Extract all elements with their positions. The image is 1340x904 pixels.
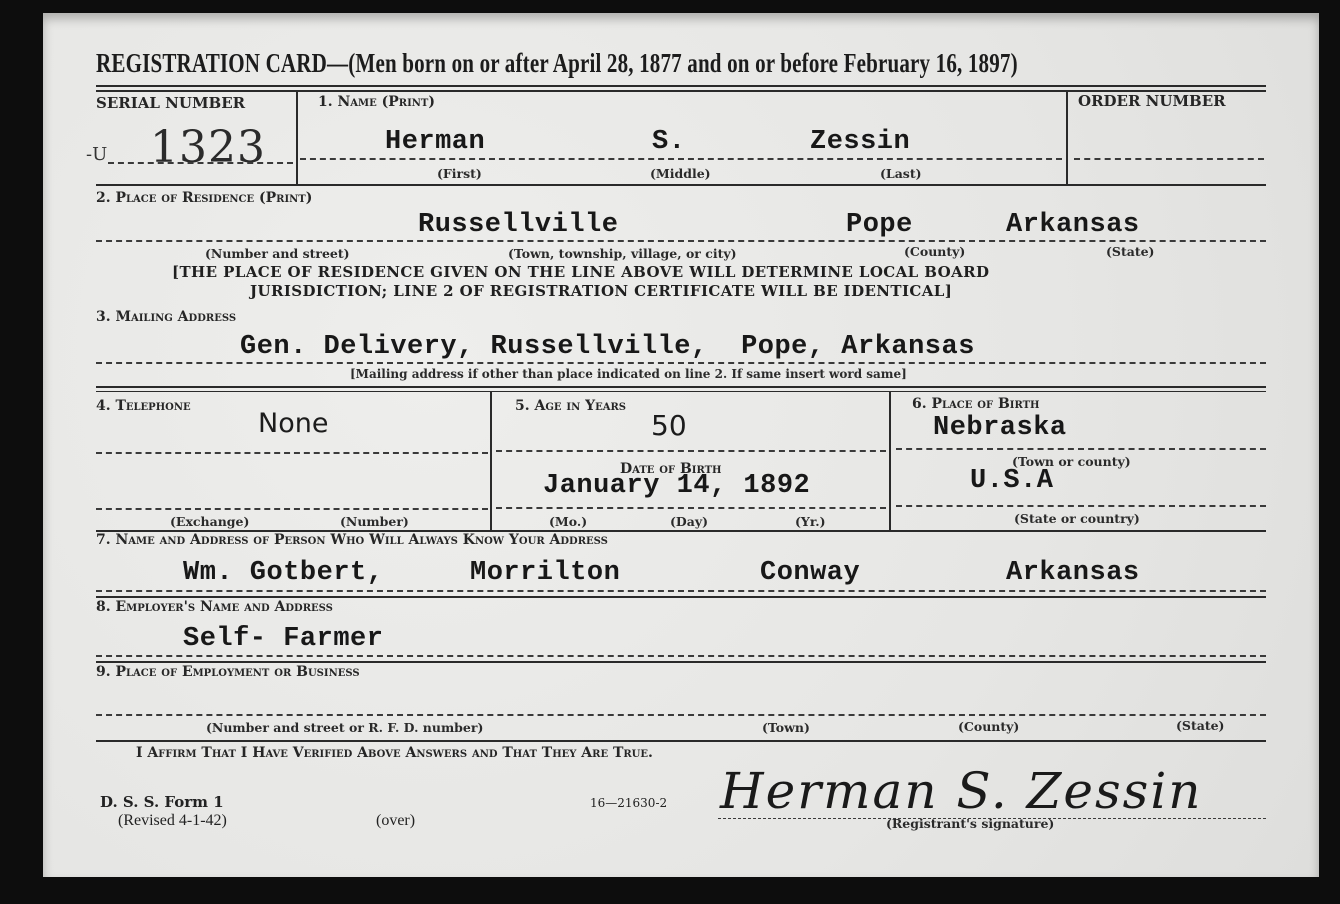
age-label: 5. Age in Years <box>515 398 626 414</box>
contact-label: 7. Name and Address of Person Who Will A… <box>96 532 608 548</box>
employment-state-caption: (State) <box>1176 718 1224 733</box>
exchange-caption: (Exchange) <box>170 514 249 529</box>
order-number-label: ORDER NUMBER <box>1078 92 1226 110</box>
county-caption: (County) <box>904 244 965 259</box>
employment-street-caption: (Number and street or R. F. D. number) <box>206 720 483 735</box>
registrant-signature[interactable]: Herman S. Zessin <box>720 762 1203 820</box>
street-caption: (Number and street) <box>205 246 350 261</box>
residence-state-value[interactable]: Arkansas <box>1006 210 1140 240</box>
affirmation-text: I Affirm That I Have Verified Above Answ… <box>136 745 653 761</box>
row3-bottom-rule-a <box>96 386 1266 388</box>
employer-line <box>96 655 1266 657</box>
day-caption: (Day) <box>670 514 708 529</box>
employment-place-label: 9. Place of Employment or Business <box>96 664 360 680</box>
name-line <box>300 158 1062 160</box>
birthplace-town-line <box>896 448 1266 450</box>
divider-serial-name <box>296 92 298 184</box>
telephone-label: 4. Telephone <box>96 398 191 414</box>
contact-name-value[interactable]: Wm. Gotbert, <box>183 558 383 588</box>
telephone-line-2 <box>96 508 488 510</box>
middle-caption: (Middle) <box>650 166 711 181</box>
print-code: 16—21630-2 <box>590 796 667 810</box>
contact-line <box>96 590 1266 592</box>
town-caption: (Town, township, village, or city) <box>508 246 737 261</box>
form-name: D. S. S. Form 1 <box>100 793 224 811</box>
birthplace-country-caption: (State or country) <box>1014 511 1140 526</box>
employer-label: 8. Employer's Name and Address <box>96 599 333 615</box>
last-name-value[interactable]: Zessin <box>810 127 910 157</box>
first-name-value[interactable]: Herman <box>385 127 485 157</box>
age-value[interactable]: 50 <box>651 409 687 442</box>
serial-number-value[interactable]: 1323 <box>150 122 266 173</box>
residence-town-value[interactable]: Russellville <box>418 210 618 240</box>
first-caption: (First) <box>437 166 482 181</box>
state-caption: (State) <box>1106 244 1154 259</box>
birthplace-country-value[interactable]: U.S.A <box>970 466 1054 496</box>
name-label: 1. Name (Print) <box>318 94 435 110</box>
signature-caption: (Registrant's signature) <box>886 816 1054 831</box>
telephone-value[interactable]: None <box>258 408 328 439</box>
birthplace-label: 6. Place of Birth <box>912 396 1039 412</box>
serial-number-label: SERIAL NUMBER <box>96 94 245 112</box>
dob-line <box>496 507 886 509</box>
mailing-caption: [Mailing address if other than place ind… <box>350 367 907 381</box>
divider-name-order <box>1066 92 1068 184</box>
divider-tel-age <box>490 392 492 530</box>
telephone-line-1 <box>96 452 488 454</box>
age-line <box>496 450 886 452</box>
residence-notice-line1: [THE PLACE OF RESIDENCE GIVEN ON THE LIN… <box>172 263 989 281</box>
contact-town-value[interactable]: Morrilton <box>470 558 620 588</box>
serial-number-line <box>108 162 293 164</box>
row8-bottom-rule <box>96 661 1266 663</box>
title-rule-top <box>96 85 1266 87</box>
employer-value[interactable]: Self- Farmer <box>183 624 383 654</box>
employment-county-caption: (County) <box>958 719 1019 734</box>
number-caption: (Number) <box>340 514 409 529</box>
row1-bottom-rule <box>96 184 1266 186</box>
row9-bottom-rule <box>96 740 1266 742</box>
row7-bottom-rule <box>96 596 1266 598</box>
mailing-line <box>96 362 1266 364</box>
middle-name-value[interactable]: S. <box>652 127 685 157</box>
serial-prefix: -U <box>86 144 107 165</box>
form-title: REGISTRATION CARD—(Men born on or after … <box>96 48 1018 79</box>
row3-bottom-rule-b <box>96 391 1266 392</box>
residence-label: 2. Place of Residence (Print) <box>96 190 312 206</box>
over-indicator: (over) <box>376 812 415 830</box>
last-caption: (Last) <box>880 166 922 181</box>
mailing-address-label: 3. Mailing Address <box>96 309 236 325</box>
year-caption: (Yr.) <box>795 514 826 529</box>
divider-age-birth <box>889 392 891 530</box>
birthplace-country-line <box>896 505 1266 507</box>
contact-county-value[interactable]: Conway <box>760 558 860 588</box>
birthplace-town-value[interactable]: Nebraska <box>933 413 1067 443</box>
employment-place-line[interactable] <box>96 714 1266 716</box>
mailing-address-value[interactable]: Gen. Delivery, Russellville, Pope, Arkan… <box>240 332 975 362</box>
month-caption: (Mo.) <box>549 514 587 529</box>
form-revised: (Revised 4-1-42) <box>118 812 227 830</box>
order-number-line[interactable] <box>1074 158 1264 160</box>
residence-line <box>96 240 1266 242</box>
contact-state-value[interactable]: Arkansas <box>1006 558 1140 588</box>
dob-value[interactable]: January 14, 1892 <box>543 471 810 501</box>
residence-county-value[interactable]: Pope <box>846 210 913 240</box>
residence-notice-line2: JURISDICTION; LINE 2 OF REGISTRATION CER… <box>250 282 952 300</box>
employment-town-caption: (Town) <box>762 720 810 735</box>
